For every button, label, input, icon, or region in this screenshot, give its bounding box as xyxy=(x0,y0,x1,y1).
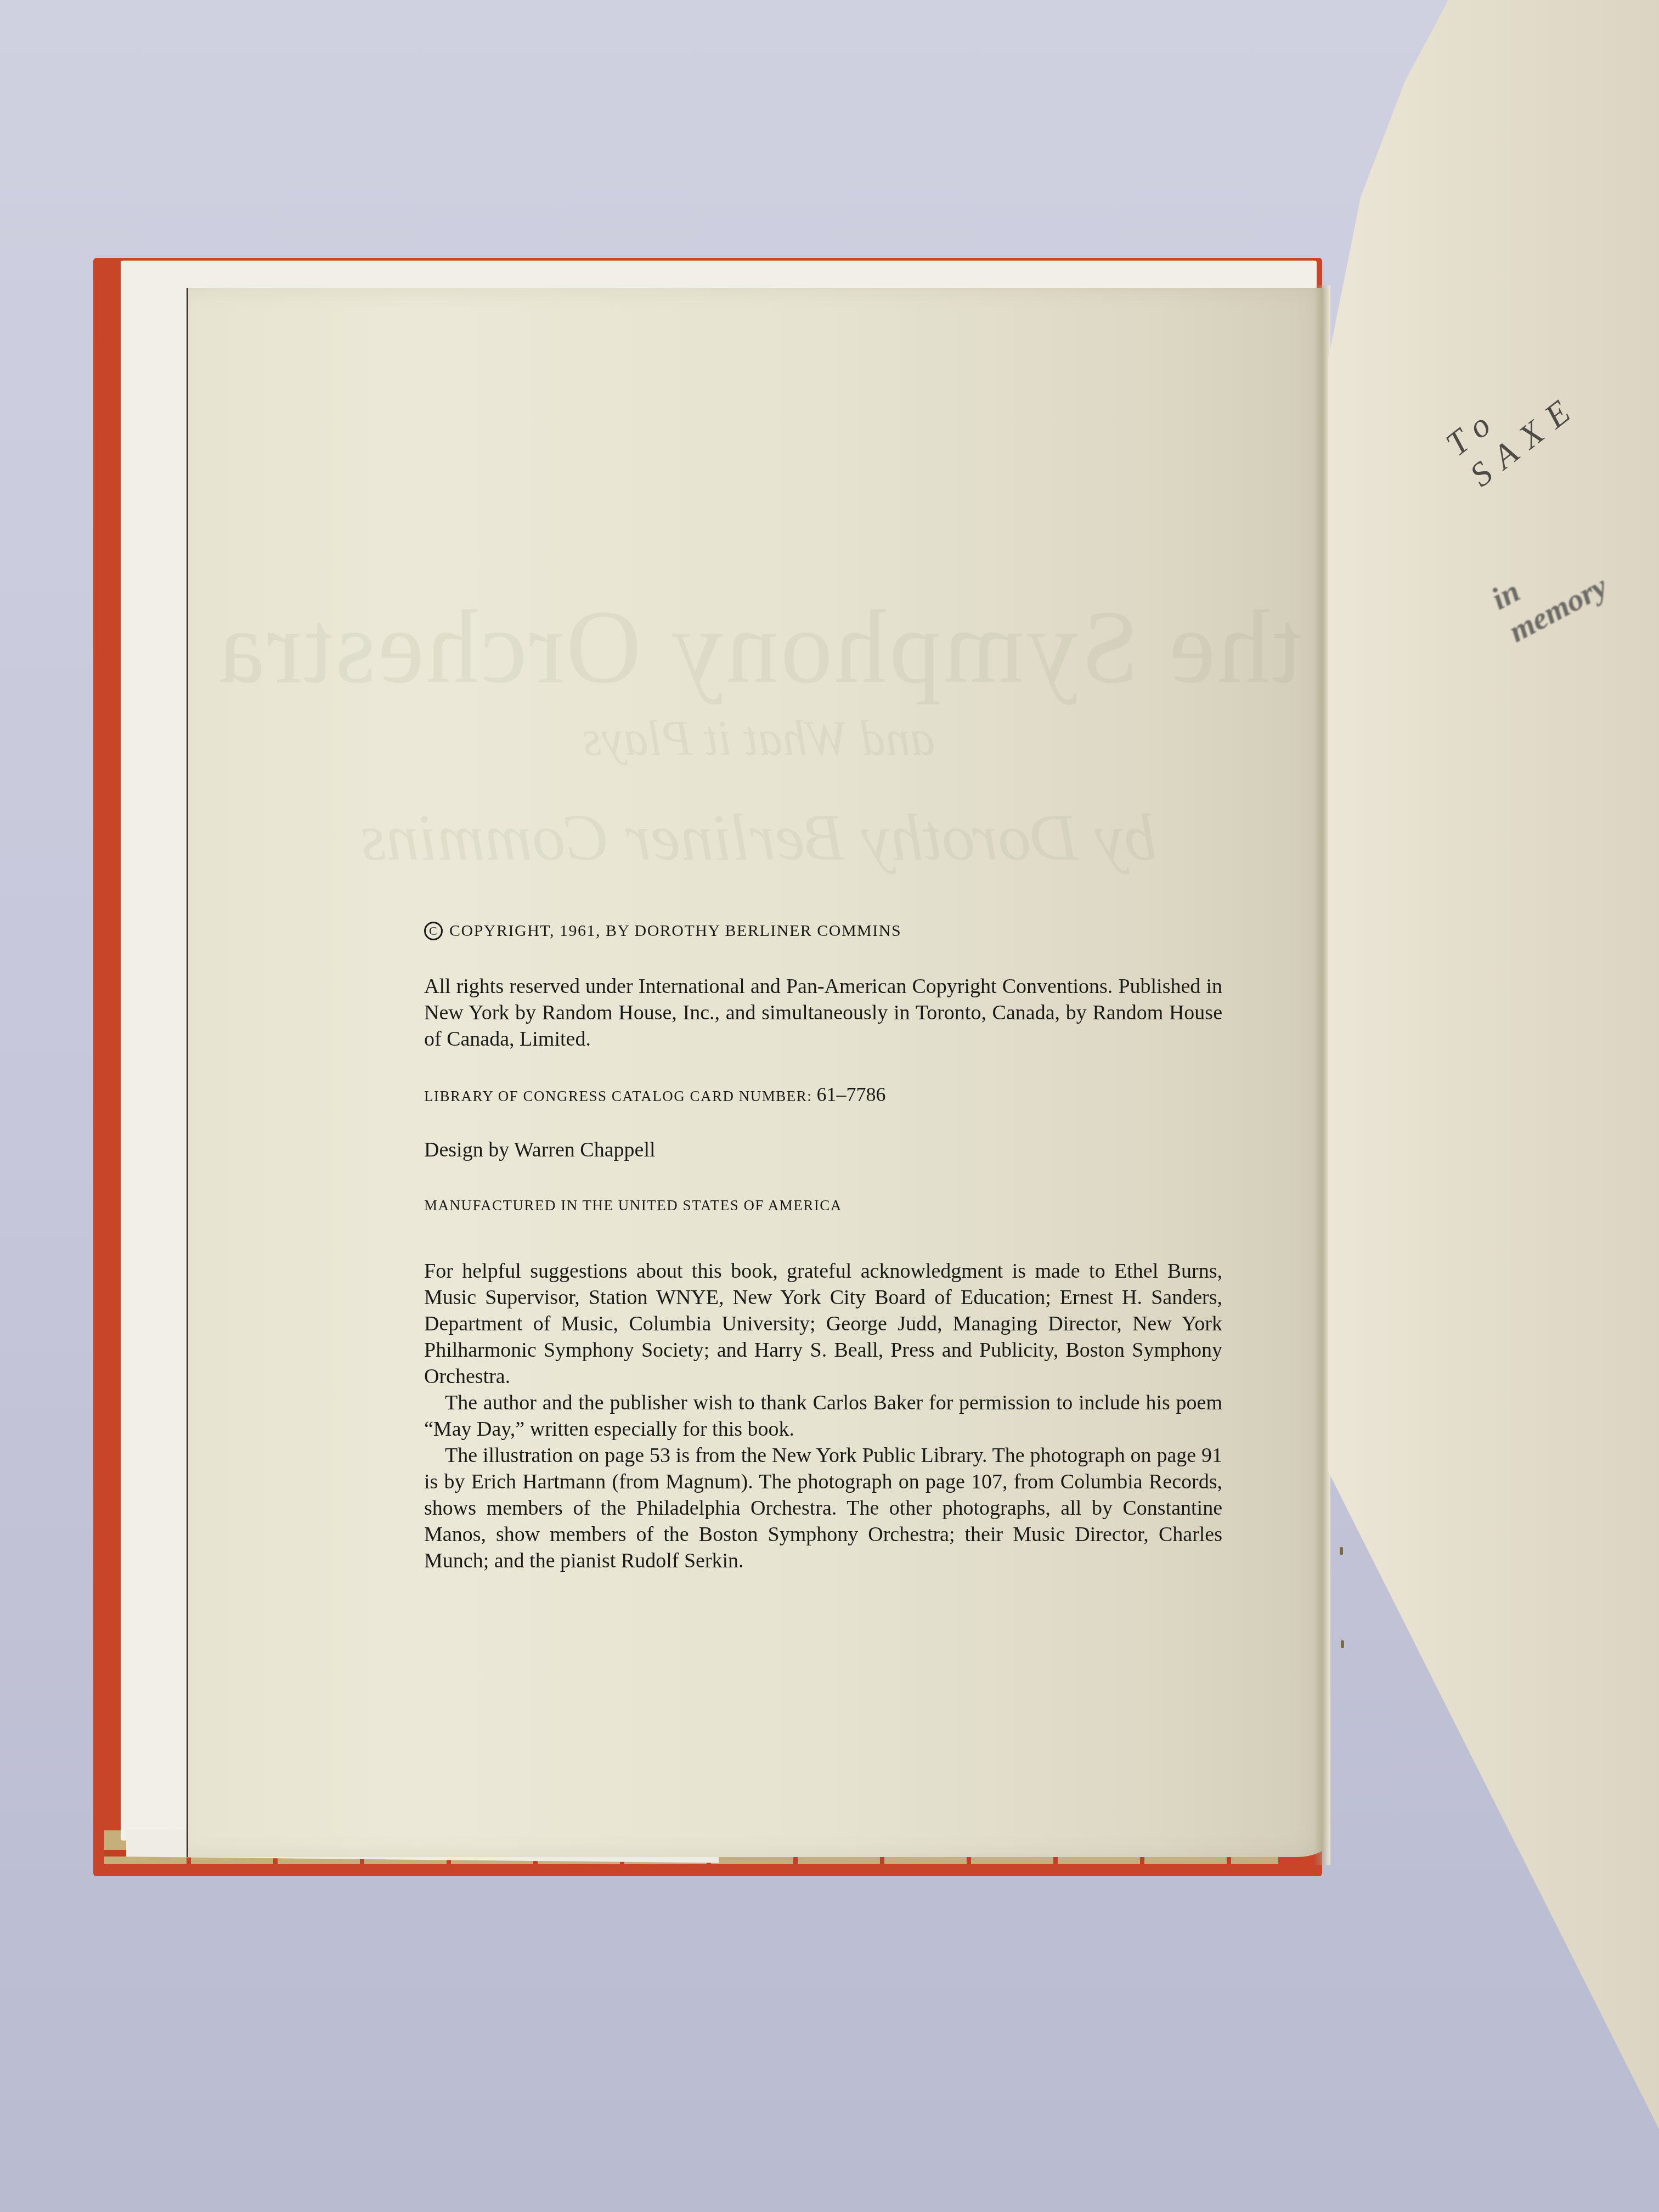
acknowledgment-paragraph: The author and the publisher wish to tha… xyxy=(424,1390,1222,1442)
show-through-title: the Symphony Orchestra and What it Plays… xyxy=(188,595,1329,876)
lccn-label: Library of Congress Catalog Card Number: xyxy=(424,1088,812,1104)
acknowledgment-paragraph: For helpful suggestions about this book,… xyxy=(424,1258,1222,1390)
lccn-number: 61–7786 xyxy=(816,1084,885,1105)
dedication-page xyxy=(1328,0,1659,2212)
copyright-icon: c xyxy=(424,922,443,940)
binding-stitch xyxy=(1341,1640,1344,1648)
copyright-page: the Symphony Orchestra and What it Plays… xyxy=(187,288,1329,1857)
design-credit: Design by Warren Chappell xyxy=(424,1137,1222,1163)
copyright-text: Copyright, 1961, by Dorothy Berliner Com… xyxy=(449,922,901,940)
copyright-text-block: c Copyright, 1961, by Dorothy Berliner C… xyxy=(424,922,1222,1574)
copyright-line: c Copyright, 1961, by Dorothy Berliner C… xyxy=(424,922,1222,940)
manufactured-line: Manufactured in the United States of Ame… xyxy=(424,1197,1222,1214)
photo-scene: the Symphony Orchestra and What it Plays… xyxy=(0,0,1659,2212)
rights-statement: All rights reserved under International … xyxy=(424,973,1222,1052)
acknowledgment-paragraph: The illustration on page 53 is from the … xyxy=(424,1442,1222,1574)
lccn-line: Library of Congress Catalog Card Number:… xyxy=(424,1083,1222,1106)
binding-stitch xyxy=(1340,1547,1343,1555)
